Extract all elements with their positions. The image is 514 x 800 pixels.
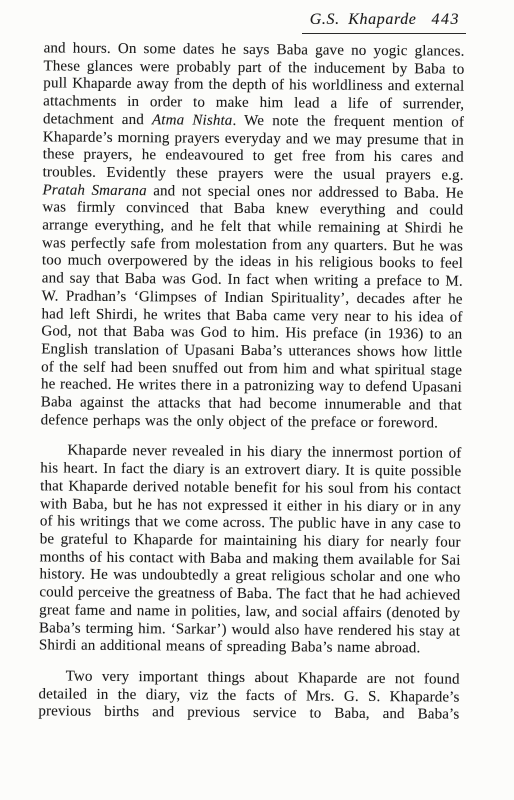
paragraph-3: Two very important things about Khaparde… [38,668,459,724]
text-segment: and not special ones nor addressed to Ba… [41,183,464,431]
book-page: G.S. Khaparde443 and hours. On some date… [0,0,514,800]
text-segment-italic: Atma Nishta [152,112,233,129]
running-header: G.S. Khaparde443 [302,10,466,34]
text-segment: Khaparde never revealed in his diary the… [39,443,462,657]
page-text-block: and hours. On some dates he says Baba ga… [38,40,464,724]
paragraph-1: and hours. On some dates he says Baba ga… [41,40,465,433]
page-number: 443 [432,11,461,28]
paragraph-2: Khaparde never revealed in his diary the… [39,443,462,659]
text-segment-italic: Pratah Smarana [42,182,146,199]
text-segment: Two very important things about Khaparde… [38,668,459,722]
running-header-title: G.S. Khaparde [310,11,417,28]
